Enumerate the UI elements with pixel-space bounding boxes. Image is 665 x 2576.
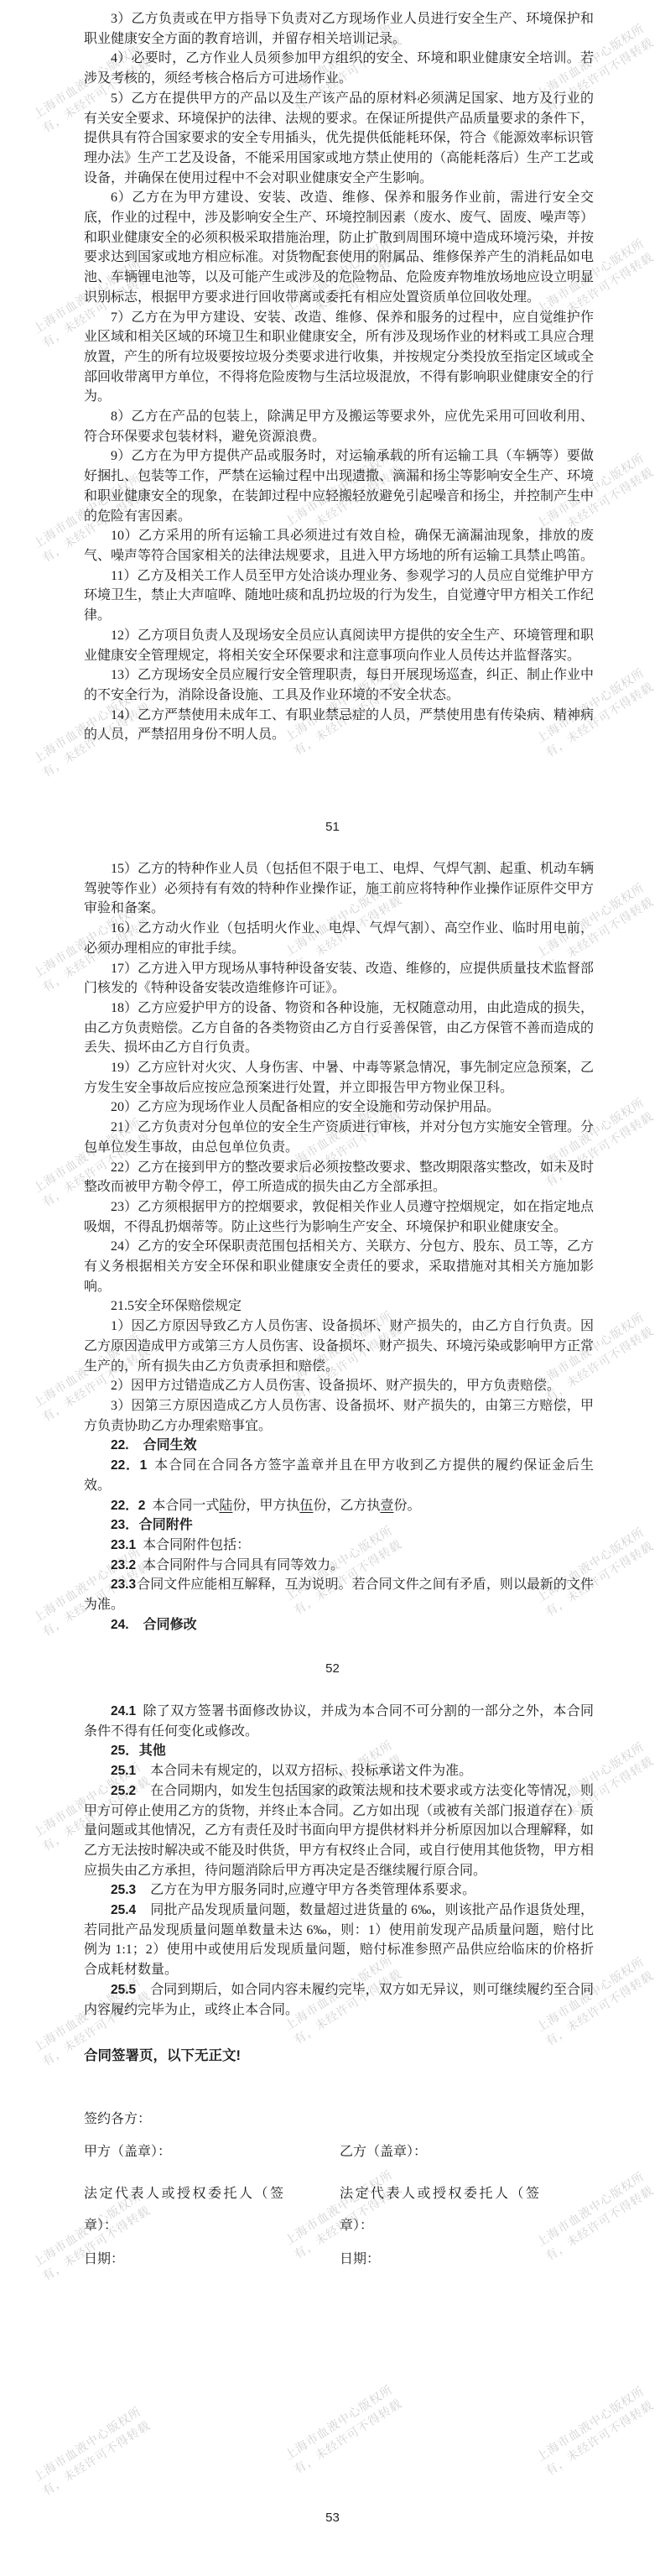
clause-number: 25.2 [111,1784,136,1798]
party-b-date-label: 日期： [340,2247,594,2272]
closing-statement: 合同签署页，以下无正文! [84,2045,594,2067]
signature-block: 甲方（盖章）： 法定代表人或授权委托人（签章）： 日期： 乙方（盖章）： 法定代… [84,2140,594,2272]
clause-number: 25.5 [111,1983,136,1997]
contract-paragraph: 9）乙方在为甲方提供产品或服务时，对运输承载的所有运输工具（车辆等）要做好捆扎、… [84,446,594,526]
party-a-representative-label: 法定代表人或授权委托人（签章）： [84,2178,283,2242]
clause-number: 25.4 [111,1903,136,1917]
party-a-date-label: 日期： [84,2247,340,2272]
contract-paragraph: 23.3合同文件应能相互解释，互为说明。若合同文件之间有矛盾，则以最新的文件为准… [84,1575,594,1614]
contract-paragraph: 19）乙方应针对火灾、人身伤害、中暑、中毒等紧急情况，事先制定应急预案，乙方发生… [84,1058,594,1098]
page-53-paragraphs: 24.1除了双方签署书面修改协议，并成为本合同不可分割的一部分之外，本合同条件不… [84,1702,594,2020]
contract-paragraph: 17）乙方进入甲方现场从事特种设备安装、改造、维修的，应提供质量技术监督部门核发… [84,959,594,999]
contract-paragraph: 20）乙方应为现场作业人员配备相应的安全设施和劳动保护用品。 [84,1098,594,1118]
contract-paragraph: 3）乙方负责或在甲方指导下负责对乙方现场作业人员进行安全生产、环境保护和职业健康… [84,9,594,49]
contract-paragraph: 22）乙方在接到甲方的整改要求后必须按整改要求、整改期限落实整改，如未及时整改而… [84,1158,594,1197]
contract-paragraph: 25.1本合同未有规定的，以双方招标、投标承诺文件为准。 [84,1761,594,1781]
contract-paragraph: 21.5安全环保赔偿规定 [84,1296,594,1317]
contract-paragraph: 25.4同批产品发现质量问题，数量超过进货量的 6‰，则该批产品作退货处理，若同… [84,1901,594,1980]
page-52-body: 15）乙方的特种作业人员（包括但不限于电工、电焊、气焊气割、起重、机动车辆驾驶等… [84,859,594,1635]
contract-paragraph: 11）乙方及相关工作人员至甲方处洽谈办理业务、参观学习的人员应自觉维护甲方环境卫… [84,566,594,626]
contract-paragraph: 6）乙方在为甲方建设、安装、改造、维修、保养和服务作业前，需进行安全交底，作业的… [84,188,594,307]
clause-number: 24.1 [111,1704,136,1718]
contract-paragraph: 14）乙方严禁使用未成年工、有职业禁忌症的人员，严禁使用患有传染病、精神病的人员… [84,706,594,745]
clause-number: 22. [111,1438,129,1452]
section-heading: 23．合同附件 [84,1515,594,1536]
section-heading: 22.合同生效 [84,1436,594,1456]
party-b-seal-label: 乙方（盖章）： [340,2140,594,2165]
contract-paragraph: 23.2本合同附件与合同具有同等效力。 [84,1556,594,1576]
party-b-signature-column: 乙方（盖章）： 法定代表人或授权委托人（签章）： 日期： [340,2140,594,2272]
contract-paragraph: 24）乙方的安全环保职责范围包括相关方、关联方、分包方、股东、员工等，乙方有义务… [84,1237,594,1296]
party-a-seal-label: 甲方（盖章）： [84,2140,340,2165]
contract-paragraph: 21）乙方负责对分包单位的安全生产资质进行审核，并对分包方实施安全管理。分包单位… [84,1118,594,1157]
section-heading: 25．其他 [84,1741,594,1761]
page-51-body: 3）乙方负责或在甲方指导下负责对乙方现场作业人员进行安全生产、环境保护和职业健康… [84,9,594,745]
party-a-signature-column: 甲方（盖章）： 法定代表人或授权委托人（签章）： 日期： [84,2140,340,2272]
contract-paragraph: 5）乙方在提供甲方的产品以及生产该产品的原材料必须满足国家、地方及行业的有关安全… [84,89,594,189]
copyright-watermark: 上海市血液中心版权所有，未经许可不得转载 [533,2380,660,2479]
signing-parties-label: 签约各方： [84,2109,594,2130]
clause-number: 25.3 [111,1883,136,1897]
contract-paragraph: 13）乙方现场安全员应履行安全管理职责，每日开展现场巡查，纠正、制止作业中的不安… [84,665,594,705]
contract-paragraph: 16）乙方动火作业（包括明火作业、电焊、气焊气割）、高空作业、临时用电前，必须办… [84,919,594,958]
page-number: 51 [0,819,665,836]
copyright-watermark: 上海市血液中心版权所有，未经许可不得转载 [30,2401,157,2499]
clause-number: 23.2 [111,1558,136,1572]
contract-paragraph: 1）因乙方原因导致乙方人员伤害、设备损坏、财产损失的，由乙方自行负责。因乙方原因… [84,1317,594,1376]
contract-paragraph: 22．2本合同一式陆份，甲方执伍份，乙方执壹份。 [84,1496,594,1516]
contract-paragraph: 18）乙方应爱护甲方的设备、物资和各种设施，无权随意动用，由此造成的损失，由乙方… [84,999,594,1058]
clause-number: 25． [111,1744,138,1758]
copyright-watermark: 上海市血液中心版权所有，未经许可不得转载 [282,2379,408,2477]
clause-number: 24. [111,1618,129,1632]
page-number: 53 [0,2510,665,2526]
contract-paragraph: 12）乙方项目负责人及现场安全员应认真阅读甲方提供的安全生产、环境管理和职业健康… [84,626,594,665]
contract-paragraph: 22．1本合同在合同各方签字盖章并且在甲方收到乙方提供的履约保证金后生效。 [84,1456,594,1495]
party-b-representative-label: 法定代表人或授权委托人（签章）： [340,2178,539,2242]
contract-paragraph: 23）乙方须根据甲方的控烟要求，敦促相关作业人员遵守控烟规定，如在指定地点吸烟，… [84,1197,594,1237]
contract-paragraph: 25.5合同到期后，如合同内容未履约完毕，双方如无异议，则可继续履约至合同内容履… [84,1980,594,2020]
section-heading: 24.合同修改 [84,1615,594,1635]
clause-number: 23.1 [111,1538,136,1552]
clause-number: 23.3 [111,1577,136,1592]
contract-paragraph: 25.3乙方在为甲方服务同时,应遵守甲方各类管理体系要求。 [84,1880,594,1901]
contract-paragraph: 7）乙方在为甲方建设、安装、改造、维修、保养和服务的过程中，应自觉维护作业区域和… [84,308,594,408]
contract-paragraph: 15）乙方的特种作业人员（包括但不限于电工、电焊、气焊气割、起重、机动车辆驾驶等… [84,859,594,919]
page-53-body: 24.1除了双方签署书面修改协议，并成为本合同不可分割的一部分之外，本合同条件不… [84,1702,594,2272]
contract-paragraph: 10）乙方采用的所有运输工具必须进过有效自检，确保无滴漏油现象，排放的废气、噪声… [84,526,594,566]
contract-paragraph: 25.2在合同期内，如发生包括国家的政策法规和技术要求或方法变化等情况，则甲方可… [84,1781,594,1881]
contract-paragraph: 8）乙方在产品的包装上，除满足甲方及搬运等要求外，应优先采用可回收利用、符合环保… [84,407,594,446]
contract-paragraph: 23.1本合同附件包括： [84,1536,594,1556]
clause-number: 22．2 [111,1499,145,1513]
contract-paragraph: 4）必要时，乙方作业人员须参加甲方组织的安全、环境和职业健康安全培训。若涉及考核… [84,49,594,88]
page-number: 52 [0,1661,665,1677]
contract-paragraph: 3）因第三方原因造成乙方人员伤害、设备损坏、财产损失的，由第三方赔偿，甲方负责协… [84,1396,594,1436]
contract-paragraph: 24.1除了双方签署书面修改协议，并成为本合同不可分割的一部分之外，本合同条件不… [84,1702,594,1741]
clause-number: 22．1 [111,1458,147,1473]
contract-paragraph: 2）因甲方过错造成乙方人员伤害、设备损坏、财产损失的，甲方负责赔偿。 [84,1376,594,1396]
clause-number: 25.1 [111,1764,136,1778]
clause-number: 23． [111,1518,138,1532]
